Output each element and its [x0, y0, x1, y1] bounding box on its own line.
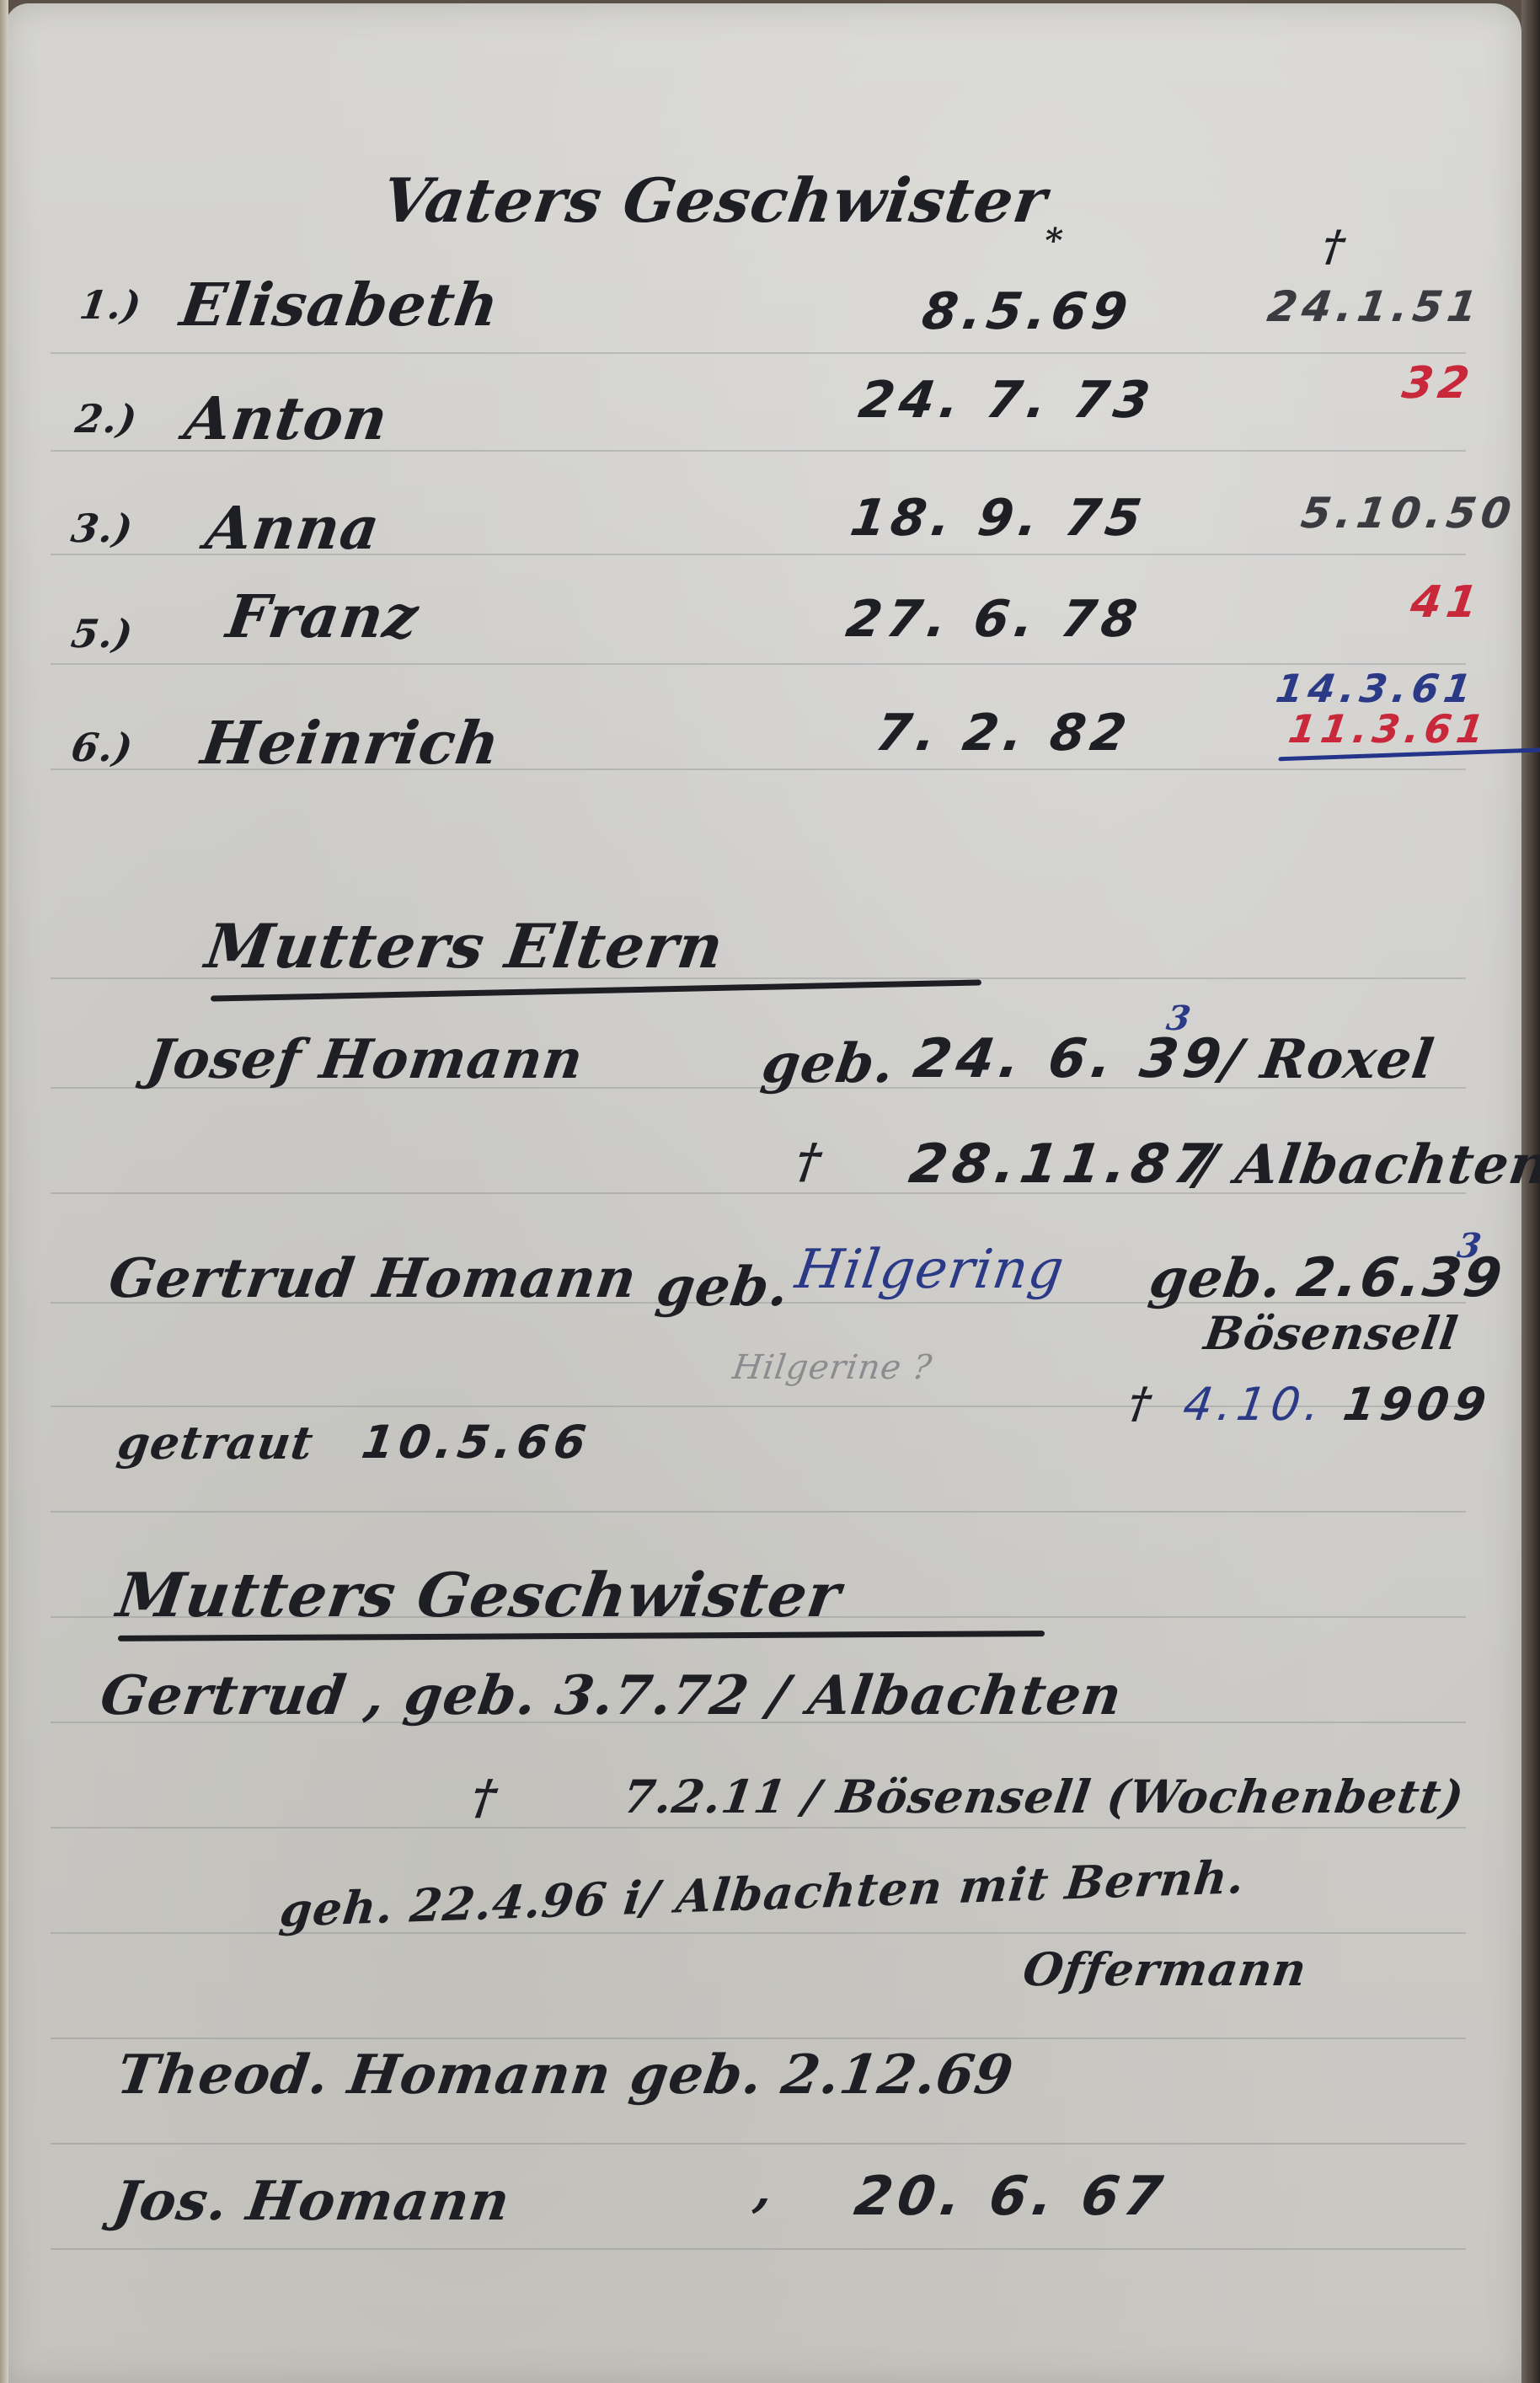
- mother-death-day-month: 4.10.: [1180, 1378, 1329, 1431]
- father-born-label: geb.: [758, 1032, 899, 1095]
- mother-maiden-label: geb.: [653, 1256, 794, 1319]
- death-date-struck: 11.3.61: [1286, 706, 1540, 752]
- birth-date: 7. 2. 82: [872, 704, 1135, 763]
- pencil-note: Hilgerine ?: [730, 1348, 935, 1387]
- row-index: 3.): [68, 506, 136, 551]
- birth-date: 18. 9. 75: [847, 489, 1150, 548]
- entry-name: Jos. Homann: [110, 2170, 515, 2233]
- page-left-edge: [0, 0, 8, 2383]
- father-birth-place: / Roxel: [1217, 1028, 1438, 1091]
- ruled-line: [51, 2143, 1466, 2145]
- father-death-place: / Albachten: [1192, 1133, 1540, 1197]
- mother-maiden-name: Hilgering: [792, 1239, 1068, 1301]
- father-name: Josef Homann: [143, 1028, 587, 1091]
- sibling-name: Elisabeth: [176, 270, 504, 340]
- ruled-line: [51, 1827, 1466, 1829]
- ruled-line: [51, 1511, 1466, 1513]
- death-date-corrected: 14.3.61: [1273, 666, 1479, 711]
- row-index: 1.): [77, 282, 144, 328]
- mother-name: Gertrud Homann: [105, 1247, 641, 1310]
- entry-line: Offermann: [1020, 1942, 1311, 1996]
- birth-date: 27. 6. 78: [842, 590, 1146, 649]
- sibling-name: Anna: [201, 493, 384, 563]
- entry-line: Theod. Homann geb. 2.12.69: [114, 2043, 1018, 2107]
- ruled-line: [51, 1932, 1466, 1934]
- section-title: Mutters Geschwister: [113, 1559, 846, 1631]
- section-title: Vaters Geschwister: [378, 164, 1051, 236]
- birth-date: 24. 7. 73: [855, 371, 1158, 430]
- father-death-date: 28.11.87: [906, 1133, 1221, 1196]
- sibling-name: Franz: [222, 581, 423, 651]
- death-date: 32: [1399, 358, 1478, 409]
- ruled-line: [51, 2248, 1466, 2250]
- ruled-line: [51, 352, 1466, 354]
- ruled-line: [51, 2038, 1466, 2039]
- mother-born-label: geb.: [1146, 1247, 1286, 1310]
- death-date: 24.1.51: [1265, 282, 1485, 331]
- mother-birth-place: Bösensell: [1201, 1306, 1462, 1360]
- married-label: getraut: [115, 1416, 318, 1470]
- row-index: 5.): [68, 611, 136, 656]
- married-date: 10.5.66: [359, 1416, 595, 1469]
- section-title: Mutters Eltern: [201, 910, 728, 982]
- birth-date: 8.5.69: [918, 282, 1136, 341]
- row-index: 6.): [68, 725, 136, 770]
- ruled-line: [51, 663, 1466, 665]
- entry-line: 7.2.11 / Bösensell (Wochenbett): [620, 1770, 1468, 1823]
- entry-date: 20. 6. 67: [851, 2166, 1171, 2228]
- death-date: 5.10.50: [1298, 489, 1519, 538]
- row-index: 2.): [72, 396, 140, 442]
- mother-death-year: 1909: [1340, 1378, 1495, 1431]
- sibling-name: Anton: [180, 383, 393, 453]
- sibling-name: Heinrich: [197, 708, 505, 778]
- entry-line: Gertrud , geb. 3.7.72 / Albachten: [97, 1664, 1126, 1727]
- death-year: 41: [1408, 577, 1486, 628]
